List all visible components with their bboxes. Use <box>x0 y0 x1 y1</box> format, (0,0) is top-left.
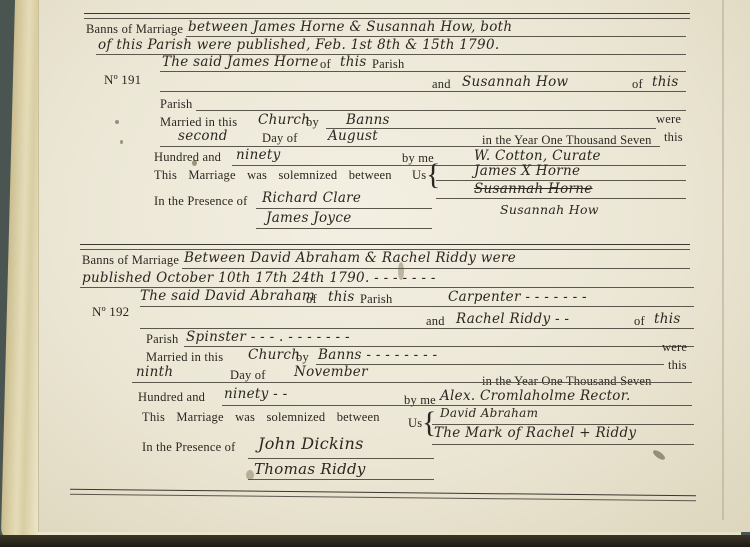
rule <box>232 165 686 166</box>
entry-number: Nº 192 <box>92 304 129 320</box>
marriage-place: Church <box>248 347 300 363</box>
bride-name: Susannah How <box>462 74 568 90</box>
presence-label: In the Presence of <box>142 440 236 455</box>
of-label: of <box>632 77 643 92</box>
by-label: by <box>296 350 309 365</box>
day-of-label: Day of <box>262 131 298 146</box>
solemnized-label: This Marriage was solemnized between <box>142 410 380 425</box>
rule <box>256 228 432 229</box>
month: November <box>294 364 368 380</box>
rule <box>436 198 686 199</box>
us-label: Us <box>412 168 426 183</box>
hundred-label: Hundred and <box>138 390 205 405</box>
ink-blot <box>120 140 123 144</box>
stain <box>398 262 404 280</box>
banns-text-line2: of this Parish were published, Feb. 1st … <box>98 37 499 53</box>
banns-label: Banns of Marriage <box>82 253 179 268</box>
us-label: Us <box>408 416 422 431</box>
banns-text-line1: between James Horne & Susannah How, both <box>188 19 512 35</box>
were-label: were <box>656 112 681 127</box>
month: August <box>328 128 378 144</box>
entry-number: Nº 191 <box>104 72 141 88</box>
officiant: W. Cotton, Curate <box>474 148 601 164</box>
and-label: and <box>432 77 451 92</box>
and-label: and <box>426 314 445 329</box>
party1-signature: James X Horne <box>474 163 580 179</box>
of-label: of <box>634 314 645 329</box>
groom-name: The said David Abraham <box>140 288 315 304</box>
party2-signature: The Mark of Rachel + Riddy <box>434 425 636 441</box>
this-label: this <box>668 358 687 373</box>
banns-label: Banns of Marriage <box>86 22 183 37</box>
officiant: Alex. Cromlaholme Rector. <box>440 388 631 404</box>
party1-signature: David Abraham <box>440 406 538 420</box>
year-words: ninety <box>236 147 281 163</box>
rule <box>316 364 664 365</box>
witness-2: James Joyce <box>266 210 352 226</box>
book-edge <box>0 535 750 547</box>
of-label: of <box>320 57 331 72</box>
brace: { <box>426 160 441 190</box>
party2-additional-signature: Susannah How <box>500 202 599 217</box>
marriage-method: Banns <box>346 112 390 128</box>
witness-1: Richard Clare <box>262 190 361 206</box>
groom-name: The said James Horne <box>162 54 319 70</box>
bride-status: Spinster - - - . - - - - - - - <box>186 329 350 345</box>
rule <box>248 479 434 480</box>
parish-label: Parish <box>160 97 192 112</box>
hundred-label: Hundred and <box>154 150 221 165</box>
rule <box>132 382 692 383</box>
groom-parish: this <box>328 289 355 305</box>
parish-label: Parish <box>146 332 178 347</box>
year-words: ninety - - <box>224 386 287 402</box>
witness-1: John Dickins <box>258 434 364 453</box>
were-label: were <box>662 340 687 355</box>
day: ninth <box>136 364 173 380</box>
banns-text-line1: Between David Abraham & Rachel Riddy wer… <box>184 250 516 266</box>
rule <box>160 71 686 72</box>
rule <box>160 146 660 147</box>
of-label: of <box>306 292 317 307</box>
married-in-label: Married in this <box>146 350 223 365</box>
day: second <box>178 128 228 144</box>
groom-parish: this <box>340 54 367 70</box>
rule <box>248 458 434 459</box>
banns-text-line2: published October 10th 17th 24th 1790. -… <box>82 270 436 286</box>
marriage-place: Church <box>258 112 310 128</box>
bride-parish: this <box>654 311 681 327</box>
day-of-label: Day of <box>230 368 266 383</box>
rule <box>182 268 690 269</box>
ink-blot <box>192 160 197 166</box>
stain <box>246 470 254 480</box>
rule <box>196 110 686 111</box>
groom-occupation: Carpenter - - - - - - - <box>448 289 587 305</box>
rule <box>256 208 432 209</box>
ink-blot <box>115 120 119 124</box>
presence-label: In the Presence of <box>154 194 248 209</box>
by-label: by <box>306 115 319 130</box>
rule <box>160 91 686 92</box>
marriage-method: Banns - - - - - - - - <box>318 347 437 363</box>
witness-2: Thomas Riddy <box>254 460 366 478</box>
rule <box>432 444 694 445</box>
solemnized-label: This Marriage was solemnized between <box>154 168 392 183</box>
this-label: this <box>664 130 683 145</box>
rule <box>140 306 694 307</box>
bride-parish: this <box>652 74 679 90</box>
bride-name: Rachel Riddy - - <box>456 311 569 327</box>
parish-label: Parish <box>372 57 404 72</box>
party2-signature: Susannah Horne <box>474 181 593 197</box>
parish-label: Parish <box>360 292 392 307</box>
page-fold <box>722 0 724 520</box>
